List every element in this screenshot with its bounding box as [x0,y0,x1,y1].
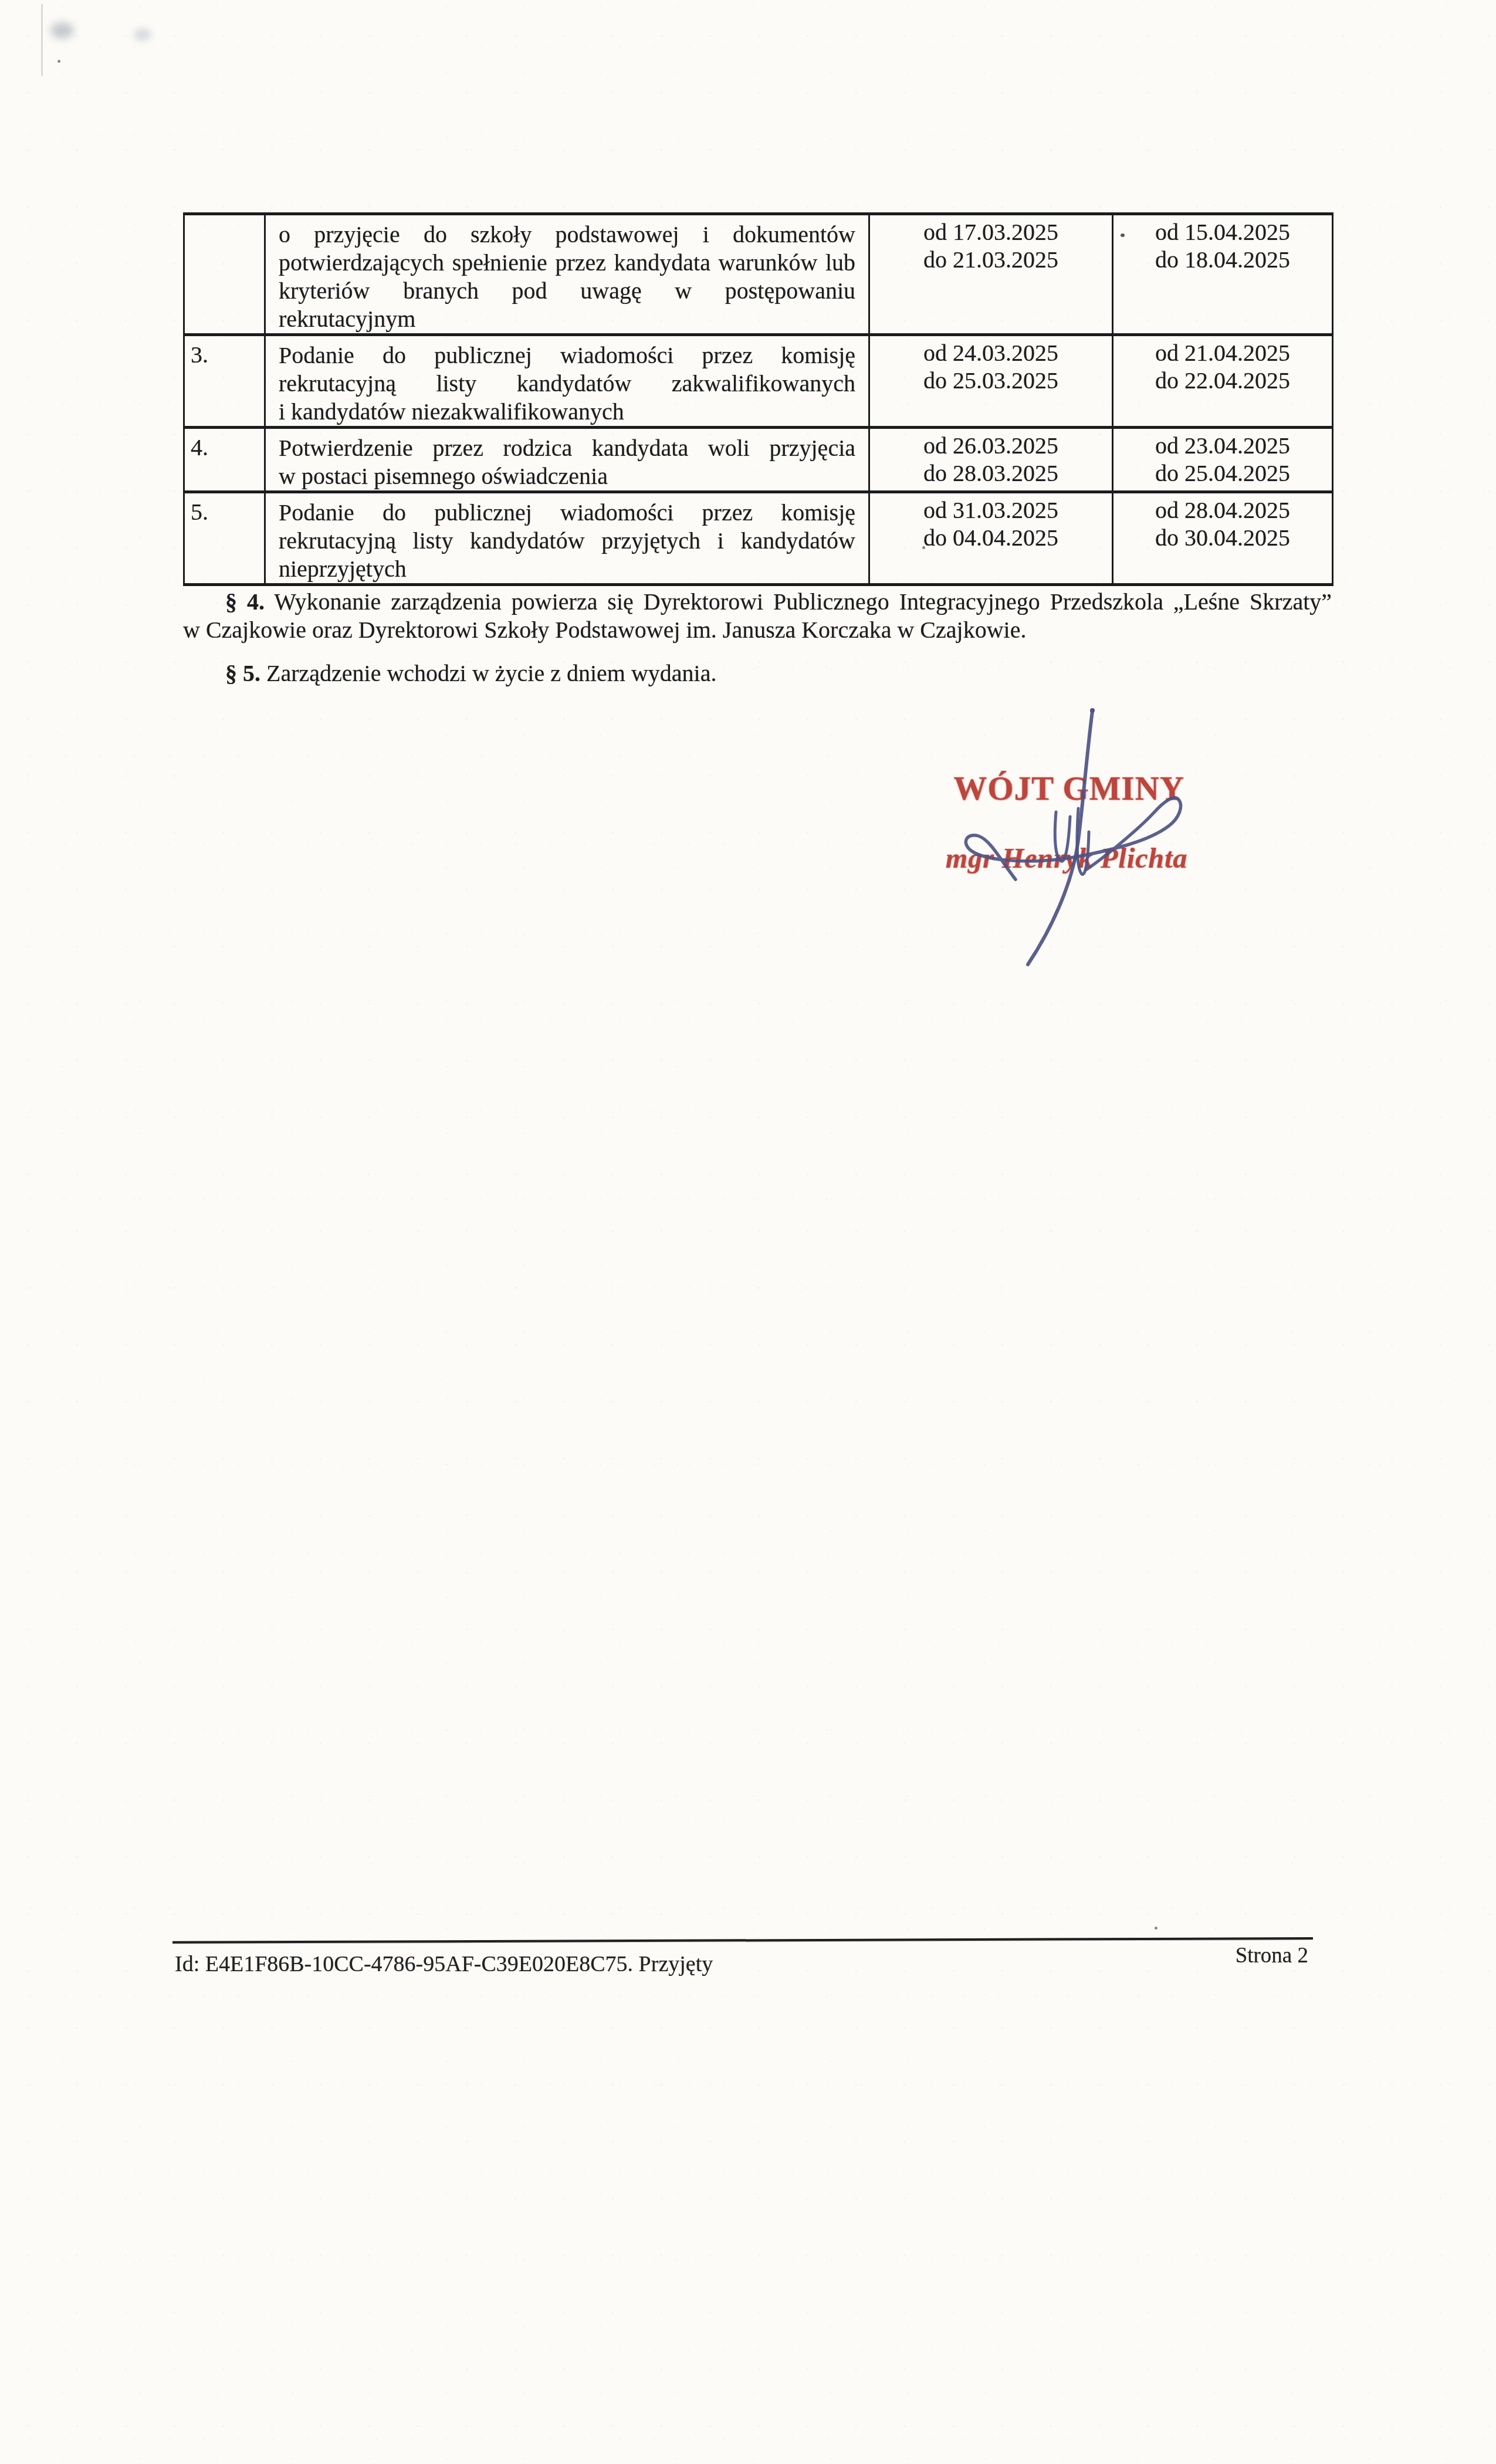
footer-divider-line [172,1937,1313,1944]
row-number-cell [184,214,265,335]
scan-smudge [50,22,74,39]
row-description-cell: Potwierdzenie przez rodzica kandydata wo… [265,428,869,492]
term-to: do 04.04.2025 [874,524,1108,551]
row-term1-cell: od 24.03.2025 do 25.03.2025 [869,335,1113,428]
term-from: od 24.03.2025 [874,339,1108,367]
term-to: do 28.03.2025 [874,459,1108,487]
term-to: do 21.03.2025 [874,246,1108,273]
scan-line-artifact [41,4,43,76]
row-term2-cell: od 28.04.2025 do 30.04.2025 [1113,492,1333,585]
row-term1-cell: od 26.03.2025 do 28.03.2025 [869,428,1113,492]
row-term1-cell: od 17.03.2025 do 21.03.2025 [869,214,1113,335]
recruitment-schedule-table: o przyjęcie do szkoły podstawowej i doku… [183,212,1333,586]
row-number-cell: 5. [184,492,265,585]
term-to: do 22.04.2025 [1117,367,1328,394]
paragraph-4: § 4. Wykonanie zarządzenia powierza się … [183,588,1332,644]
row-term2-cell: od 23.04.2025 do 25.04.2025 [1113,428,1333,492]
scanned-document-page: o przyjęcie do szkoły podstawowej i doku… [0,0,1496,2464]
table-row: 4. Potwierdzenie przez rodzica kandydata… [184,428,1333,492]
scan-dot [57,60,60,63]
term-from: od 31.03.2025 [874,496,1108,524]
term-from: od 17.03.2025 [874,218,1108,246]
term-from: od 21.04.2025 [1117,339,1328,367]
paragraph-5-text: Zarządzenie wchodzi w życie z dniem wyda… [266,660,716,686]
handwritten-signature [939,675,1232,1009]
scan-dot [1155,1927,1157,1930]
term-from: od 23.04.2025 [1117,432,1328,459]
scan-smudge [134,28,151,41]
term-to: do 25.03.2025 [874,367,1108,394]
footer-page-number: Strona 2 [1132,1944,1308,1968]
term-from: od 26.03.2025 [874,432,1108,459]
row-number-cell: 4. [184,428,265,492]
row-description-cell: Podanie do publicznej wiadomości przez k… [265,335,869,428]
row-term2-cell: od 21.04.2025 do 22.04.2025 [1113,335,1333,428]
term-to: do 25.04.2025 [1117,459,1328,487]
paragraph-5-label: § 5. [225,660,260,686]
table-row: o przyjęcie do szkoły podstawowej i doku… [184,214,1333,335]
table-row: 5. Podanie do publicznej wiadomości prze… [184,492,1333,585]
term-from: od 15.04.2025 [1117,218,1328,246]
signature-stroke [1055,812,1070,861]
row-description-cell: Podanie do publicznej wiadomości przez k… [265,492,869,585]
row-description-cell: o przyjęcie do szkoły podstawowej i doku… [265,214,869,335]
signature-stroke [1028,711,1092,964]
row-term1-cell: od 31.03.2025 do 04.04.2025 [869,492,1113,585]
term-to: do 30.04.2025 [1117,524,1328,551]
row-term2-cell: od 15.04.2025 do 18.04.2025 [1113,214,1333,335]
term-to: do 18.04.2025 [1117,246,1328,273]
row-number-cell: 3. [184,335,265,428]
term-from: od 28.04.2025 [1117,496,1328,524]
paragraph-4-text: Wykonanie zarządzenia powierza się Dyrek… [183,588,1332,643]
paragraph-4-label: § 4. [225,588,265,615]
table-row: 3. Podanie do publicznej wiadomości prze… [184,335,1333,428]
footer-document-id: Id: E4E1F86B-10CC-4786-95AF-C39E020E8C75… [175,1952,713,1977]
